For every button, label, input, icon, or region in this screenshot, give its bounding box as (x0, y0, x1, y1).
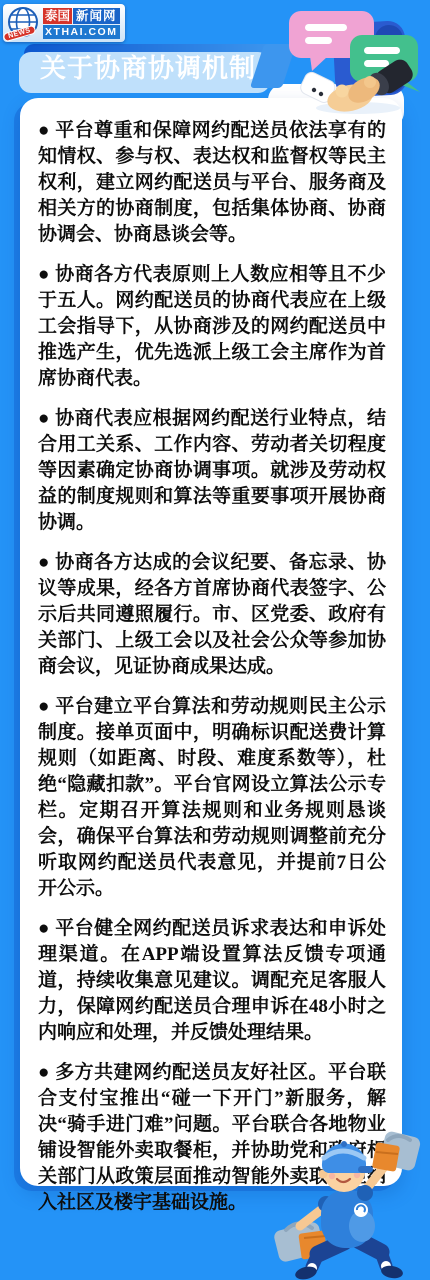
globe-news-icon: NEWS (5, 6, 41, 40)
bullet-paragraph: ● 协商代表应根据网约配送行业特点，结合用工关系、工作内容、劳动者关切程度等因素… (38, 406, 386, 536)
bullet-paragraph: ● 平台尊重和保障网约配送员依法享有的知情权、参与权、表达权和监督权等民主权利，… (38, 118, 386, 248)
title-banner: 关于协商协调机制 (24, 44, 276, 88)
logo-domain: XTHAI.COM (43, 25, 120, 39)
logo-name-red: 泰国 (43, 8, 72, 24)
logo-text: 泰国 新闻网 XTHAI.COM (43, 8, 120, 39)
bullet-paragraph: ● 协商各方达成的会议纪要、备忘录、协议等成果，经各方首席协商代表签字、公示后共… (38, 550, 386, 680)
delivery-rider-illustration (264, 1130, 424, 1280)
page-title: 关于协商协调机制 (40, 48, 256, 85)
rider-front-bags (372, 1130, 422, 1172)
rider-helmet-icon (322, 1141, 373, 1173)
logo-name-blue: 新闻网 (73, 8, 120, 24)
infographic-poster: NEWS 泰国 新闻网 XTHAI.COM 关于协商协调机制 (0, 0, 430, 1280)
content-card: ● 平台尊重和保障网约配送员依法享有的知情权、参与权、表达权和监督权等民主权利，… (20, 98, 402, 1186)
bullet-paragraph: ● 平台健全网约配送员诉求表达和申诉处理渠道。在APP端设置算法反馈专项通道，持… (38, 916, 386, 1046)
bullet-paragraph: ● 平台建立平台算法和劳动规则民主公示制度。接单页面中，明确标识配送费计算规则（… (38, 694, 386, 902)
site-logo: NEWS 泰国 新闻网 XTHAI.COM (3, 4, 125, 42)
bullet-paragraph: ● 协商各方代表原则上人数应相等且不少于五人。网约配送员的协商代表应在上级工会指… (38, 262, 386, 392)
chat-handshake-illustration (276, 2, 426, 117)
